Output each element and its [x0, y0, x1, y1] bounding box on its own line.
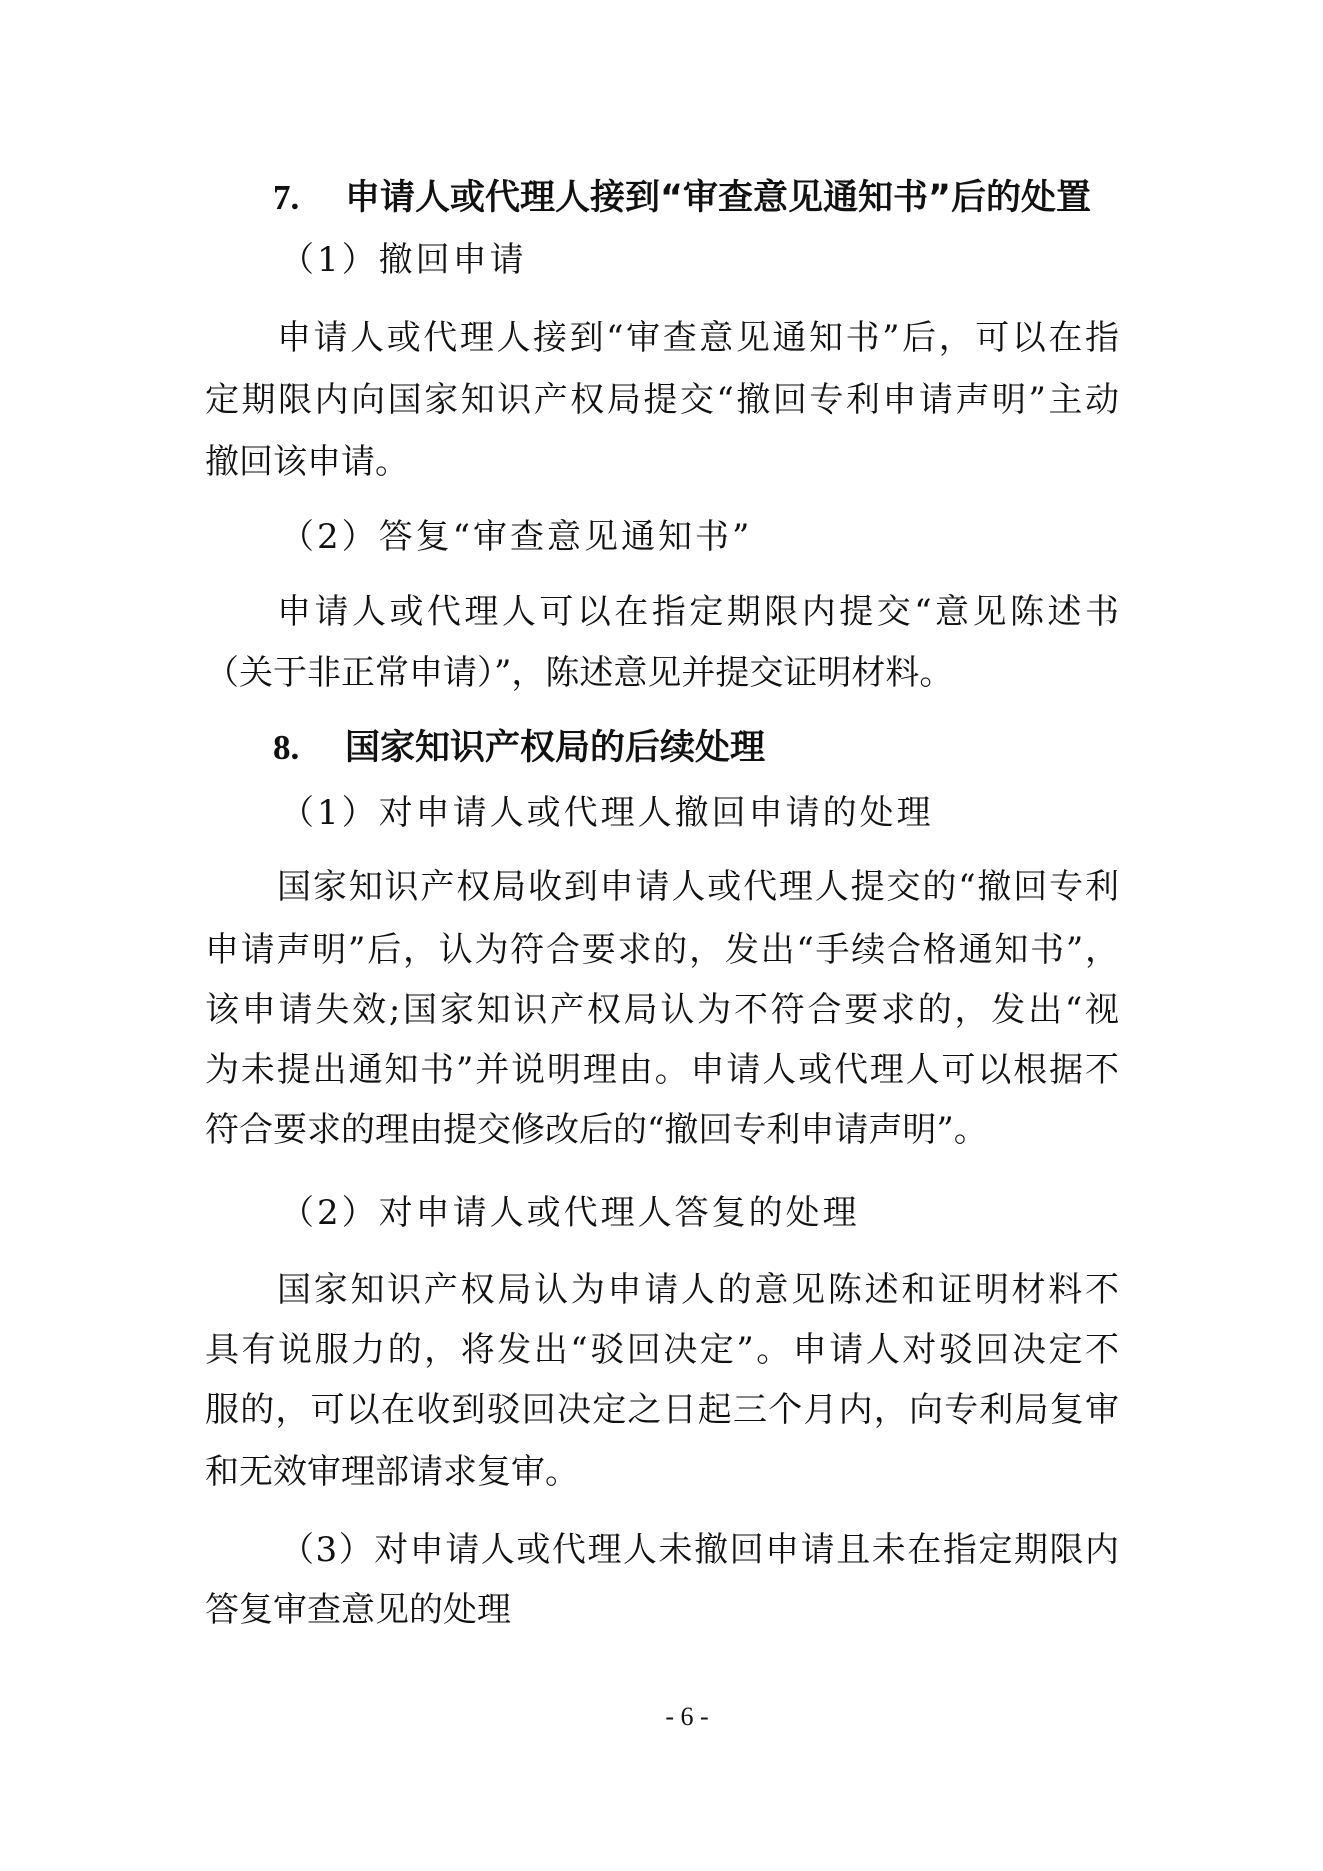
subsection-heading: （1）对申请人或代理人撤回申请的处理: [280, 791, 934, 835]
paragraph-line: 定期限内向国家知识产权局提交“撤回专利申请声明”主动: [205, 378, 1119, 422]
section-title: 国家知识产权局的后续处理: [345, 728, 765, 768]
paragraph-line: 服的，可以在收到驳回决定之日起三个月内，向专利局复审: [205, 1388, 1119, 1432]
paragraph-line: 申请人或代理人接到“审查意见通知书”后，可以在指: [277, 316, 1119, 360]
section-title: 申请人或代理人接到“审查意见通知书”后的处置: [345, 178, 1091, 218]
paragraph-line: 和无效审理部请求复审。: [205, 1450, 1119, 1494]
paragraph-line: （关于非正常申请）”，陈述意见并提交证明材料。: [205, 651, 1119, 695]
section-number: 8.: [273, 724, 345, 772]
paragraph-line: 具有说服力的，将发出“驳回决定”。申请人对驳回决定不: [205, 1328, 1119, 1372]
paragraph-line: 为未提出通知书”并说明理由。申请人或代理人可以根据不: [205, 1048, 1119, 1092]
page-number: - 6 -: [0, 1700, 1323, 1734]
paragraph-line: 符合要求的理由提交修改后的“撤回专利申请声明”。: [205, 1108, 1119, 1152]
paragraph-line: 该申请失效;国家知识产权局认为不符合要求的，发出“视: [205, 988, 1119, 1032]
section-heading-8: 8.国家知识产权局的后续处理: [273, 724, 765, 772]
section-number: 7.: [273, 174, 345, 222]
paragraph-line: 申请声明”后，认为符合要求的，发出“手续合格通知书”，: [205, 928, 1119, 972]
subsection-heading: （1）撤回申请: [280, 238, 527, 282]
subsection-heading: （2）对申请人或代理人答复的处理: [280, 1191, 860, 1235]
paragraph-line: 申请人或代理人可以在指定期限内提交“意见陈述书: [277, 590, 1119, 634]
subsection-heading-continued: 答复审查意见的处理: [205, 1588, 1119, 1632]
document-page: 7.申请人或代理人接到“审查意见通知书”后的处置 （1）撤回申请 申请人或代理人…: [0, 0, 1323, 1871]
section-heading-7: 7.申请人或代理人接到“审查意见通知书”后的处置: [273, 174, 1091, 222]
subsection-heading: （2）答复“审查意见通知书”: [280, 515, 752, 559]
subsection-heading: （3）对申请人或代理人未撤回申请且未在指定期限内: [280, 1528, 1119, 1572]
paragraph-line: 国家知识产权局认为申请人的意见陈述和证明材料不: [277, 1268, 1119, 1312]
paragraph-line: 撤回该申请。: [205, 440, 1119, 484]
paragraph-line: 国家知识产权局收到申请人或代理人提交的“撤回专利: [277, 865, 1119, 909]
